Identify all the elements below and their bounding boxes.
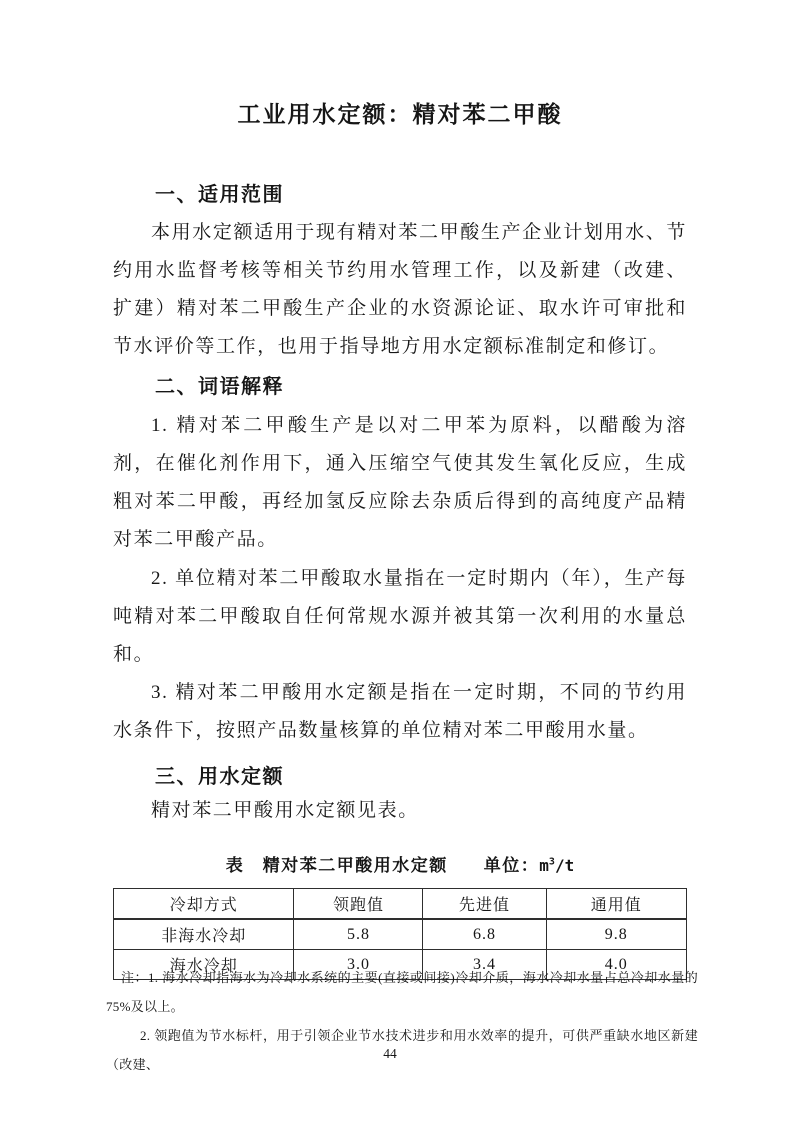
table-unit: 单位：m3/t (484, 851, 574, 876)
table-caption-title: 精对苯二甲酸用水定额 (263, 856, 448, 875)
paragraph-term-1: 1. 精对苯二甲酸生产是以对二甲苯为原料，以醋酸为溶剂，在催化剂作用下，通入压缩… (113, 407, 687, 559)
col-header-general-value: 通用值 (546, 889, 686, 920)
table-header-row: 冷却方式 领跑值 先进值 通用值 (114, 889, 687, 920)
section-heading-scope: 一、适用范围 (113, 178, 687, 207)
note-1: 注：1. 海水冷却指海水为冷却水系统的主要(直接或间接)冷却介质，海水冷却水量占… (106, 963, 698, 1021)
cell-method-non-seawater: 非海水冷却 (114, 919, 294, 950)
page-number: 44 (0, 1046, 780, 1062)
table-caption-label: 表 (226, 856, 245, 875)
table-caption: 表 精对苯二甲酸用水定额 单位：m3/t (113, 851, 687, 876)
col-header-advanced-value: 先进值 (423, 889, 546, 920)
col-header-leading-value: 领跑值 (294, 889, 423, 920)
section-heading-quota: 三、用水定额 (113, 760, 687, 789)
cell-value: 5.8 (294, 919, 423, 950)
table-unit-label: 单位： (484, 856, 540, 875)
paragraph-term-3: 3. 精对苯二甲酸用水定额是指在一定时期，不同的节约用水条件下，按照产品数量核算… (113, 674, 687, 750)
table-row: 非海水冷却 5.8 6.8 9.8 (114, 919, 687, 950)
paragraph-term-2: 2. 单位精对苯二甲酸取水量指在一定时期内（年），生产每吨精对苯二甲酸取自任何常… (113, 560, 687, 674)
table-unit-value: m3/t (539, 856, 574, 875)
page-title: 工业用水定额：精对苯二甲酸 (0, 96, 800, 129)
section-heading-terms: 二、词语解释 (113, 370, 687, 399)
document-page: 工业用水定额：精对苯二甲酸 一、适用范围 本用水定额适用于现有精对苯二甲酸生产企… (0, 0, 800, 1131)
col-header-cooling-method: 冷却方式 (114, 889, 294, 920)
paragraph-see-table: 精对苯二甲酸用水定额见表。 (113, 792, 687, 830)
paragraph-scope: 本用水定额适用于现有精对苯二甲酸生产企业计划用水、节约用水监督考核等相关节约用水… (113, 214, 687, 366)
cell-value: 6.8 (423, 919, 546, 950)
table-caption-text: 表 精对苯二甲酸用水定额 (226, 851, 448, 876)
cell-value: 9.8 (546, 919, 686, 950)
